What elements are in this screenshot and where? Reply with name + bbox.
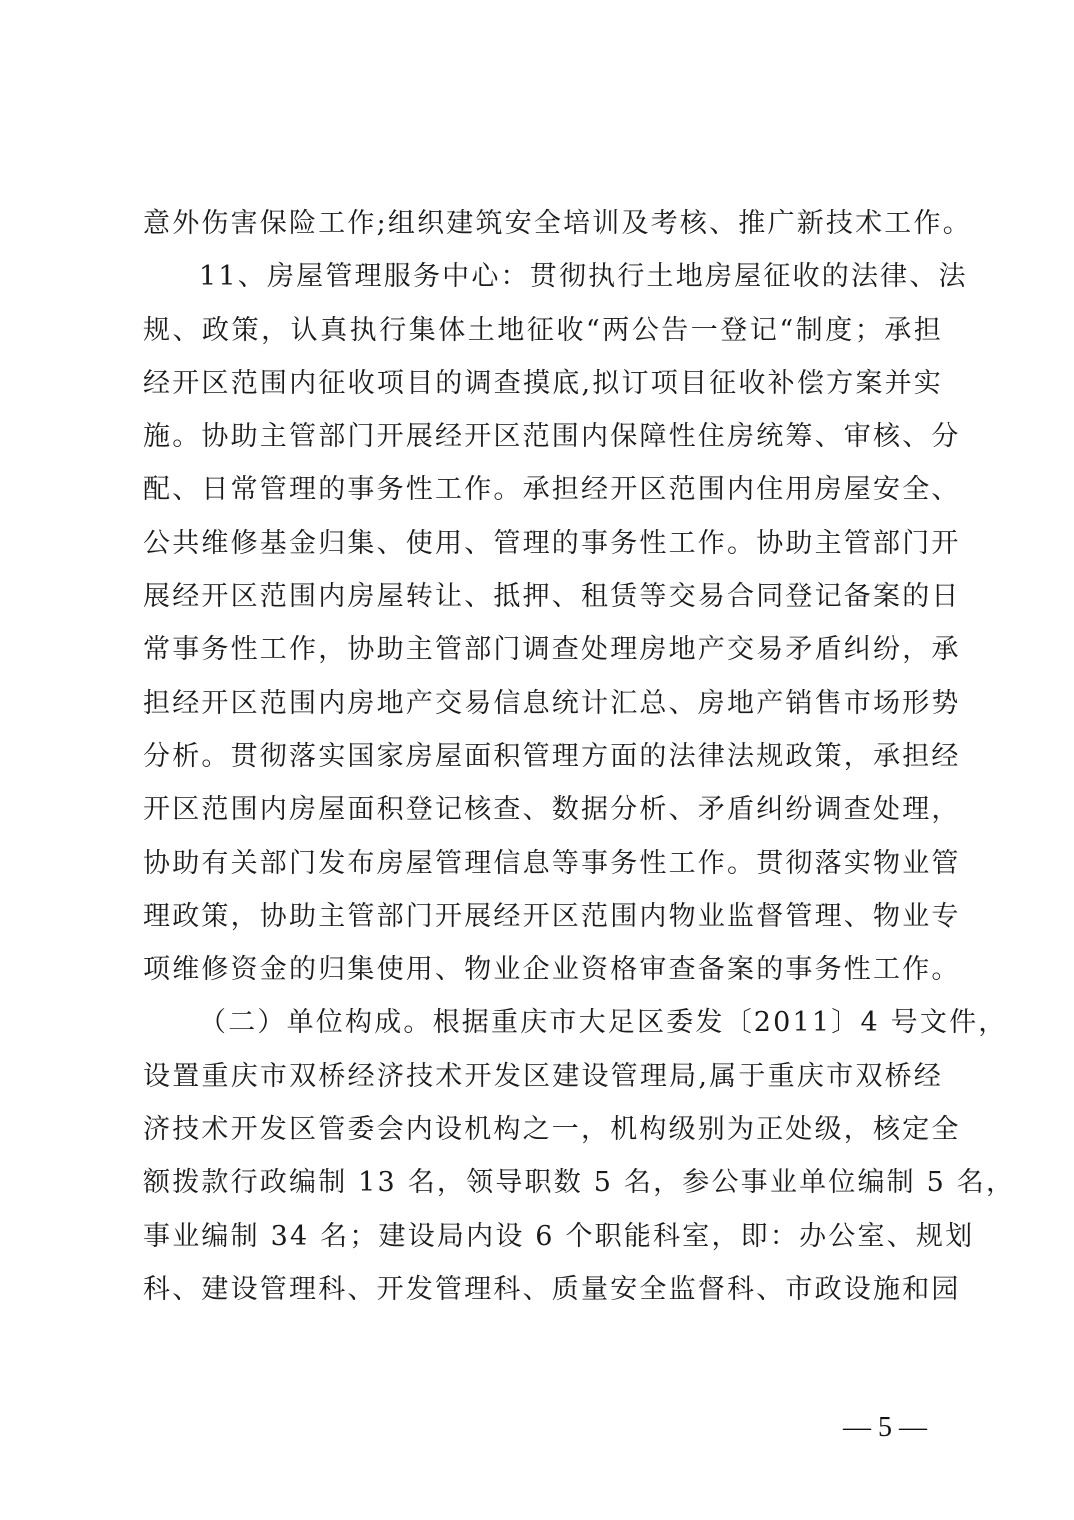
text-line: 常事务性工作，协助主管部门调查处理房地产交易矛盾纠纷，承 — [143, 623, 943, 676]
text-line: 规、政策，认真执行集体土地征收“两公告一登记“制度；承担 — [143, 304, 943, 357]
text-line: 开区范围内房屋面积登记核查、数据分析、矛盾纠纷调查处理， — [143, 783, 943, 836]
text-line: 额拨款行政编制 13 名，领导职数 5 名，参公事业单位编制 5 名， — [143, 1156, 943, 1209]
body-text: 意外伤害保险工作;组织建筑安全培训及考核、推广新技术工作。 11、房屋管理服务中… — [143, 197, 943, 1316]
section-heading-line: （二）单位构成。根据重庆市大足区委发〔2011〕4 号文件， — [143, 996, 943, 1049]
text-line: 经开区范围内征收项目的调查摸底,拟订项目征收补偿方案并实 — [143, 357, 943, 410]
text-line: 担经开区范围内房地产交易信息统计汇总、房地产销售市场形势 — [143, 677, 943, 730]
text-line: 分析。贯彻落实国家房屋面积管理方面的法律法规政策，承担经 — [143, 730, 943, 783]
text-line: 意外伤害保险工作;组织建筑安全培训及考核、推广新技术工作。 — [143, 197, 943, 250]
page-number: — 5 — — [840, 1412, 930, 1444]
text-line: 项维修资金的归集使用、物业企业资格审查备案的事务性工作。 — [143, 943, 943, 996]
text-line: 公共维修基金归集、使用、管理的事务性工作。协助主管部门开 — [143, 517, 943, 570]
text-line: 济技术开发区管委会内设机构之一，机构级别为正处级，核定全 — [143, 1103, 943, 1156]
text-line: 施。协助主管部门开展经开区范围内保障性住房统筹、审核、分 — [143, 410, 943, 463]
text-line: 展经开区范围内房屋转让、抵押、租赁等交易合同登记备案的日 — [143, 570, 943, 623]
text-line: 科、建设管理科、开发管理科、质量安全监督科、市政设施和园 — [143, 1263, 943, 1316]
text-line: 配、日常管理的事务性工作。承担经开区范围内住用房屋安全、 — [143, 463, 943, 516]
document-page: 意外伤害保险工作;组织建筑安全培训及考核、推广新技术工作。 11、房屋管理服务中… — [0, 0, 1074, 1520]
text-line: 协助有关部门发布房屋管理信息等事务性工作。贯彻落实物业管 — [143, 837, 943, 890]
text-line: 事业编制 34 名；建设局内设 6 个职能科室，即：办公室、规划 — [143, 1210, 943, 1263]
text-line: 理政策，协助主管部门开展经开区范围内物业监督管理、物业专 — [143, 890, 943, 943]
text-line: 设置重庆市双桥经济技术开发区建设管理局,属于重庆市双桥经 — [143, 1050, 943, 1103]
section-heading-line: 11、房屋管理服务中心：贯彻执行土地房屋征收的法律、法 — [143, 250, 943, 303]
